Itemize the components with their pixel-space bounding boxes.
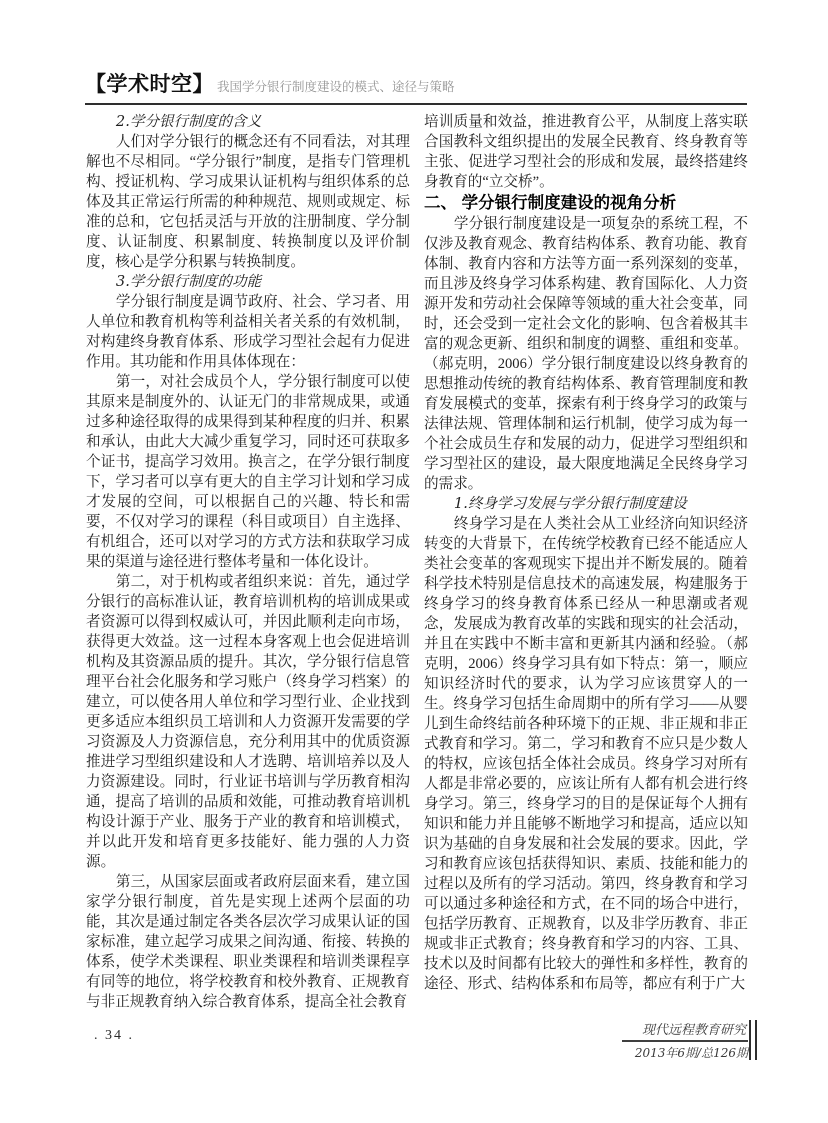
sub-heading: 3.学分银行制度的功能	[86, 272, 410, 292]
paragraph: 第一，对社会成员个人，学分银行制度可以使其原来是制度外的、认证无门的非常规成果，…	[86, 372, 410, 572]
paragraph: 学分银行制度是调节政府、社会、学习者、用人单位和教育机构等利益相关者关系的有效机…	[86, 292, 410, 372]
journal-name: 现代远程教育研究	[622, 1019, 748, 1042]
footer-double-rule	[749, 1020, 757, 1060]
paragraph: 培训质量和效益，推进教育公平，从制度上落实联合国教科文组织提出的发展全民教育、终…	[424, 112, 748, 192]
text-column-right: 培训质量和效益，推进教育公平，从制度上落实联合国教科文组织提出的发展全民教育、终…	[424, 112, 748, 994]
paragraph: 第二，对于机构或者组织来说：首先，通过学分银行的高标准认证，教育培训机构的培训成…	[86, 572, 410, 872]
text-column-left: 2.学分银行制度的含义人们对学分银行的概念还有不同看法，对其理解也不尽相同。“学…	[86, 112, 410, 1012]
paragraph: 第三，从国家层面或者政府层面来看，建立国家学分银行制度，首先是实现上述两个层面的…	[86, 872, 410, 1012]
sub-heading: 1.终身学习发展与学分银行制度建设	[424, 494, 748, 514]
page-header: 【学术时空】 我国学分银行制度建设的模式、途径与策略	[85, 68, 747, 105]
running-article-title: 我国学分银行制度建设的模式、途径与策略	[217, 77, 455, 95]
column-section-label: 【学术时空】	[85, 68, 214, 98]
sub-heading: 2.学分银行制度的含义	[86, 112, 410, 132]
paragraph: 学分银行制度建设是一项复杂的系统工程，不仅涉及教育观念、教育结构体系、教育功能、…	[424, 214, 748, 494]
paragraph: 终身学习是在人类社会从工业经济向知识经济转变的大背景下，在传统学校教育已经不能适…	[424, 514, 748, 994]
paragraph: 人们对学分银行的概念还有不同看法，对其理解也不尽相同。“学分银行”制度，是指专门…	[86, 132, 410, 272]
section-heading: 二、 学分银行制度建设的视角分析	[424, 192, 748, 214]
journal-issue: 2013年6期/总126期	[540, 1042, 748, 1061]
page-number: . 34 .	[94, 1028, 134, 1044]
document-page: 【学术时空】 我国学分银行制度建设的模式、途径与策略 2.学分银行制度的含义人们…	[0, 0, 828, 1123]
journal-footer: 现代远程教育研究 2013年6期/总126期	[540, 1019, 748, 1061]
